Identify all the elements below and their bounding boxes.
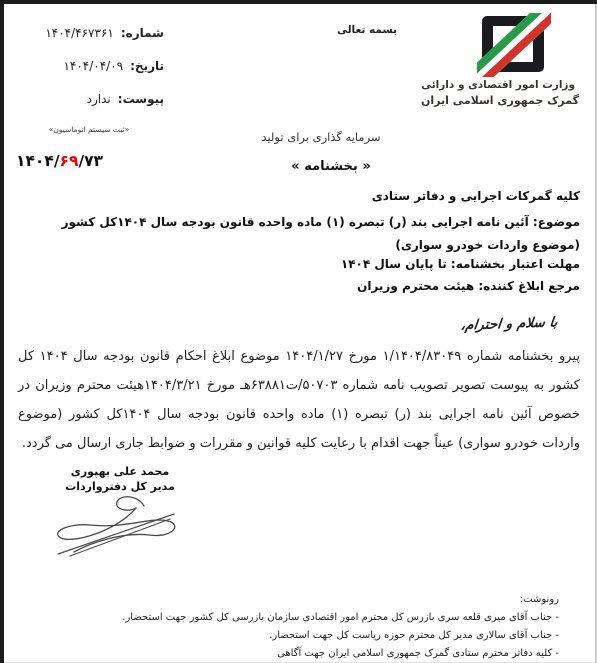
validity-line: مهلت اعتبار بخشنامه: تا پایان سال ۱۴۰۴ <box>341 257 580 271</box>
body-paragraph: پیرو بخشنامه شماره ۱/۱۴۰۴/۸۳۰۴۹ مورخ ۱۴۰… <box>18 342 580 458</box>
ref-red-part: ۶۹ <box>60 152 79 170</box>
circular-reference-number: ۱۴۰۴/۶۹/۷۳ <box>16 152 103 170</box>
letter-date-label: تاریخ: <box>130 59 164 75</box>
signer-name: محمد علی بهپوری <box>52 464 188 479</box>
issuing-authority-line: مرجع ابلاغ کننده: هیئت محترم وزیران <box>357 279 580 293</box>
handwritten-salutation: با سلام و احترام، <box>460 314 558 333</box>
automation-registration-note: «ثبت سیستم اتوماسیون» <box>14 125 164 134</box>
cc-item: - جناب آقای میری قلعه سری بازرس کل محترم… <box>19 609 559 627</box>
circular-title: « بخشنامه » <box>286 159 376 174</box>
ref-prefix: ۱۴۰۴/ <box>16 152 60 170</box>
document-page: شماره: ۱۴۰۴/۴۶۷۳۶۱ تاریخ: ۱۴۰۴/۰۴/۰۹ پیو… <box>0 0 597 663</box>
cc-label: رونوشت: <box>19 591 559 609</box>
letter-attachment-label: پیوست: <box>118 92 164 108</box>
scan-edge-left <box>0 0 4 663</box>
cc-list: رونوشت: - جناب آقای میری قلعه سری بازرس … <box>19 591 559 663</box>
irica-customs-logo-icon <box>477 13 551 77</box>
organization-name: گمرک جمهوری اسلامی ایران <box>447 94 579 107</box>
letter-number-value: ۱۴۰۴/۴۶۷۳۶۱ <box>45 26 114 42</box>
letter-number-row: شماره: ۱۴۰۴/۴۶۷۳۶۱ <box>14 26 164 42</box>
scan-edge-top <box>0 0 597 4</box>
letter-attachment-row: پیوست: ندارد <box>14 92 164 108</box>
besmellah-text: بسمه تعالی <box>330 24 404 36</box>
letter-meta: شماره: ۱۴۰۴/۴۶۷۳۶۱ تاریخ: ۱۴۰۴/۰۴/۰۹ پیو… <box>14 26 164 134</box>
signature-scribble-icon <box>44 490 200 568</box>
ministry-name: وزارت امور اقتصادی و دارائی <box>451 79 575 91</box>
cc-item: - کلیه دفاتر محترم ستادی گمرک جمهوری اسل… <box>19 645 559 663</box>
recipients-line: کلیه گمرکات اجرایی و دفاتر ستادی <box>372 189 580 203</box>
letter-number-label: شماره: <box>121 26 164 42</box>
cc-item: - جناب آقای سالاری مدیر کل محترم حوزه ری… <box>19 627 559 645</box>
letter-date-row: تاریخ: ۱۴۰۴/۰۴/۰۹ <box>14 59 164 75</box>
ref-suffix: /۷۳ <box>78 152 103 170</box>
subject-line: موضوع: آئین نامه اجرایی بند (ر) تبصره (۱… <box>18 211 580 257</box>
slogan-text: سرمایه گذاری برای تولید <box>248 130 394 144</box>
letter-date-value: ۱۴۰۴/۰۴/۰۹ <box>63 59 123 75</box>
letter-attachment-value: ندارد <box>87 92 111 108</box>
